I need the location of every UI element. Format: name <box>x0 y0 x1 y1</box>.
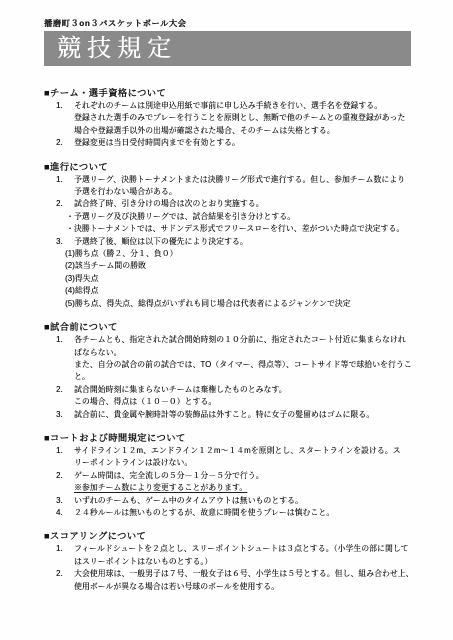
item-text: 各チームとも、指定された試合開始時刻の１０分前に、指定されたコート付近に集まらな… <box>74 334 406 346</box>
list-item-line: ・予選リーグ及び決勝リーグでは、試合結果を引き分けとする。 <box>44 211 411 223</box>
section-heading: ■試合前について <box>44 320 411 334</box>
list-item-line: (3)得失点 <box>44 273 411 285</box>
item-text: ゲーム時間は、完全流しの５分－１分－５分で行う。 <box>74 470 264 482</box>
list-item: 4.２４秒ルールは無いものとするが、故意に時間を使うプレーは慎むこと。 <box>44 507 411 519</box>
list-item: 1.それぞれのチームは別途申込用紙で事前に申し込み手続きを行い、選手名を登録する… <box>44 100 411 112</box>
section-heading: ■スコアリングについて <box>44 529 411 543</box>
list-item-line: 予選を行わない場合がある。 <box>44 186 411 198</box>
item-number: 2. <box>56 137 74 149</box>
list-item: 1.各チームとも、指定された試合開始時刻の１０分前に、指定されたコート付近に集ま… <box>44 334 411 346</box>
section-2: ■進行について1.予選リーグ、決勝トーナメントまたは決勝リーグ形式で進行する。但… <box>44 160 411 310</box>
item-number: 1. <box>56 100 74 112</box>
list-item: 1.フィールドシュートを２点とし、スリーポイントシュートは３点とする。（小学生の… <box>44 543 411 555</box>
list-item-line: 場合や登録選手以外の出場が確認された場合、そのチームは失格とする。 <box>44 125 411 137</box>
item-text: フィールドシュートを２点とし、スリーポイントシュートは３点とする。（小学生の部に… <box>74 543 409 555</box>
item-number: 2. <box>56 198 74 210</box>
section-heading: ■進行について <box>44 160 411 174</box>
section-3: ■試合前について1.各チームとも、指定された試合開始時刻の１０分前に、指定された… <box>44 320 411 421</box>
list-item-line: はスリーポイントはないものとする。） <box>44 556 411 568</box>
item-number: 2. <box>56 384 74 396</box>
item-text: サイドライン１２m、エンドライン１２m～１４mを原則とし、スタートラインを設ける… <box>74 445 401 457</box>
item-number: 1. <box>56 174 74 186</box>
list-item-line: この場合、得点は（１０－０）とする。 <box>44 396 411 408</box>
title-banner: 競技規定 <box>44 31 411 66</box>
item-text: 試合終了時、引き分けの場合は次のとおり実施する。 <box>74 198 264 210</box>
list-item-line: (1)勝ち点（勝２、分１、負０） <box>44 248 411 260</box>
page-title: 競技規定 <box>57 37 177 61</box>
item-text: 試合前に、貴金属や腕時計等の装飾品は外すこと。特に女子の髪留めはゴムに限る。 <box>74 409 374 421</box>
item-number: 3. <box>56 409 74 421</box>
item-number: 2. <box>56 568 74 580</box>
section-heading: ■チーム・選手資格について <box>44 86 411 100</box>
list-item: 1.予選リーグ、決勝トーナメントまたは決勝リーグ形式で進行する。但し、参加チーム… <box>44 174 411 186</box>
list-item-line: リーポイントラインは設けない。 <box>44 457 411 469</box>
item-text: 登録変更は当日受付時間内までを有効とする。 <box>74 137 240 149</box>
section-heading: ■コートおよび時間規定について <box>44 431 411 445</box>
list-item-line: と。 <box>44 371 411 383</box>
item-number: 1. <box>56 334 74 346</box>
list-item-line: 使用ボールが異なる場合は若い号球のボールを使用する。 <box>44 581 411 593</box>
list-item: 2.試合終了時、引き分けの場合は次のとおり実施する。 <box>44 198 411 210</box>
item-text: ２４秒ルールは無いものとするが、故意に時間を使うプレーは慎むこと。 <box>74 507 334 519</box>
list-item: 3.いずれのチームも、ゲーム中のタイムアウトは無いものとする。 <box>44 495 411 507</box>
list-item-line: (4)総得点 <box>44 285 411 297</box>
list-item: 2.ゲーム時間は、完全流しの５分－１分－５分で行う。 <box>44 470 411 482</box>
note-underlined: ※参加チーム数により変更することがあります。 <box>44 482 411 494</box>
list-item: 2.登録変更は当日受付時間内までを有効とする。 <box>44 137 411 149</box>
list-item-line: ・決勝トーナメントでは、サドンデス形式でフリースローを行い、差がついた時点で決定… <box>44 223 411 235</box>
list-item-line: (2)該当チーム間の勝敗 <box>44 260 411 272</box>
event-title: 播磨町３on３バスケットボール大会 <box>44 18 411 29</box>
item-text: 予選リーグ、決勝トーナメントまたは決勝リーグ形式で進行する。但し、参加チーム数に… <box>74 174 405 186</box>
document-page: 播磨町３on３バスケットボール大会 競技規定 ■チーム・選手資格について1.それ… <box>0 0 453 640</box>
list-item-line: また、自分の試合の前の試合では、TO（タイマー、得点等）、コートサイド等で球拾い… <box>44 359 411 371</box>
item-number: 3. <box>56 236 74 248</box>
list-item: 2.試合開始時刻に集まらないチームは棄権したものとみなす。 <box>44 384 411 396</box>
section-1: ■チーム・選手資格について1.それぞれのチームは別途申込用紙で事前に申し込み手続… <box>44 86 411 150</box>
item-number: 3. <box>56 495 74 507</box>
item-text: 予選終了後、順位は以下の優先により決定する。 <box>74 236 248 248</box>
item-number: 1. <box>56 445 74 457</box>
item-number: 1. <box>56 543 74 555</box>
list-item-line: (5)勝ち点、得失点、総得点がいずれも同じ場合は代表者によるジャンケンで決定 <box>44 298 411 310</box>
item-text: いずれのチームも、ゲーム中のタイムアウトは無いものとする。 <box>74 495 303 507</box>
item-text: それぞれのチームは別途申込用紙で事前に申し込み手続きを行い、選手名を登録する。 <box>74 100 382 112</box>
section-4: ■コートおよび時間規定について1.サイドライン１２m、エンドライン１２m～１４m… <box>44 431 411 519</box>
section-5: ■スコアリングについて1.フィールドシュートを２点とし、スリーポイントシュートは… <box>44 529 411 593</box>
list-item-line: ばならない。 <box>44 347 411 359</box>
list-item-line: 登録された選手のみでプレーを行うことを原則とし、無断で他のチームとの重複登録があ… <box>44 112 411 124</box>
item-text: 試合開始時刻に集まらないチームは棄権したものとみなす。 <box>74 384 287 396</box>
item-number: 4. <box>56 507 74 519</box>
list-item: 1.サイドライン１２m、エンドライン１２m～１４mを原則とし、スタートラインを設… <box>44 445 411 457</box>
sections: ■チーム・選手資格について1.それぞれのチームは別途申込用紙で事前に申し込み手続… <box>44 86 411 593</box>
list-item: 3.予選終了後、順位は以下の優先により決定する。 <box>44 236 411 248</box>
list-item: 2.大会使用球は、一般男子は７号、一般女子は６号、小学生は５号とする。但し、組み… <box>44 568 411 580</box>
item-text: 大会使用球は、一般男子は７号、一般女子は６号、小学生は５号とする。但し、組み合わ… <box>74 568 414 580</box>
list-item: 3.試合前に、貴金属や腕時計等の装飾品は外すこと。特に女子の髪留めはゴムに限る。 <box>44 409 411 421</box>
item-number: 2. <box>56 470 74 482</box>
